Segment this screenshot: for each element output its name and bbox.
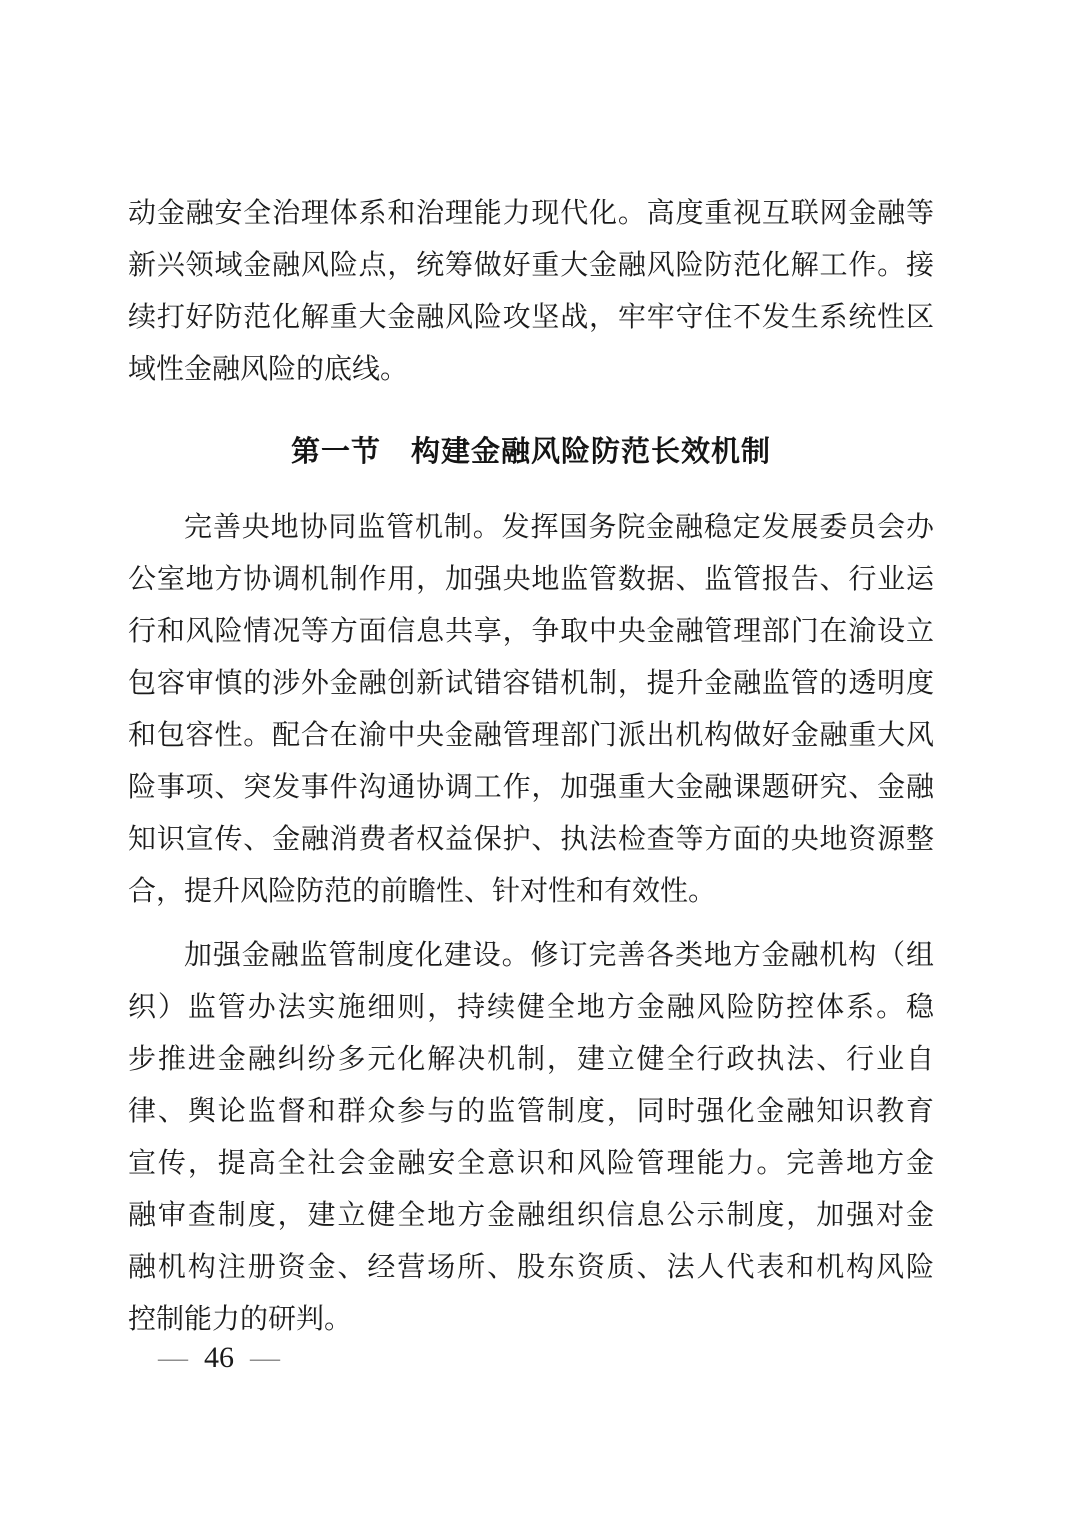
page-number-left-dash: —	[158, 1341, 188, 1374]
text-line: 续打好防范化解重大金融风险攻坚战，牢牢守住不发生系统性区	[128, 292, 934, 344]
text-line: 宣传，提高全社会金融安全意识和风险管理能力。完善地方金	[128, 1138, 934, 1190]
text-line: 知识宣传、金融消费者权益保护、执法检查等方面的央地资源整	[128, 814, 934, 866]
text-line: 织）监管办法实施细则，持续健全地方金融风险防控体系。稳	[128, 982, 934, 1034]
page-number-value: 46	[204, 1341, 234, 1374]
text-line: 域性金融风险的底线。	[128, 344, 934, 396]
paragraph-regulation-institutionalization: 加强金融监管制度化建设。修订完善各类地方金融机构（组织）监管办法实施细则，持续健…	[128, 930, 934, 1346]
text-line: 公室地方协调机制作用，加强央地监管数据、监管报告、行业运	[128, 554, 934, 606]
text-line: 动金融安全治理体系和治理能力现代化。高度重视互联网金融等	[128, 188, 934, 240]
text-block: 动金融安全治理体系和治理能力现代化。高度重视互联网金融等新兴领域金融风险点，统筹…	[128, 0, 934, 1346]
paragraph-continuation: 动金融安全治理体系和治理能力现代化。高度重视互联网金融等新兴领域金融风险点，统筹…	[128, 188, 934, 396]
text-line: 新兴领域金融风险点，统筹做好重大金融风险防范化解工作。接	[128, 240, 934, 292]
section-heading: 第一节 构建金融风险防范长效机制	[128, 430, 934, 474]
text-line: 步推进金融纠纷多元化解决机制，建立健全行政执法、行业自	[128, 1034, 934, 1086]
text-line: 行和风险情况等方面信息共享，争取中央金融管理部门在渝设立	[128, 606, 934, 658]
text-line: 合，提升风险防范的前瞻性、针对性和有效性。	[128, 866, 934, 918]
document-page: 动金融安全治理体系和治理能力现代化。高度重视互联网金融等新兴领域金融风险点，统筹…	[0, 0, 1074, 1520]
text-line: 融审查制度，建立健全地方金融组织信息公示制度，加强对金	[128, 1190, 934, 1242]
text-line: 和包容性。配合在渝中央金融管理部门派出机构做好金融重大风	[128, 710, 934, 762]
page-number: —46—	[158, 1340, 280, 1376]
text-line: 融机构注册资金、经营场所、股东资质、法人代表和机构风险	[128, 1242, 934, 1294]
text-line: 控制能力的研判。	[128, 1294, 934, 1346]
text-line: 包容审慎的涉外金融创新试错容错机制，提升金融监管的透明度	[128, 658, 934, 710]
text-line: 加强金融监管制度化建设。修订完善各类地方金融机构（组	[128, 930, 934, 982]
text-line: 完善央地协同监管机制。发挥国务院金融稳定发展委员会办	[128, 502, 934, 554]
page-number-right-dash: —	[250, 1341, 280, 1374]
paragraph-central-local-regulation: 完善央地协同监管机制。发挥国务院金融稳定发展委员会办公室地方协调机制作用，加强央…	[128, 502, 934, 918]
text-line: 律、舆论监督和群众参与的监管制度，同时强化金融知识教育	[128, 1086, 934, 1138]
text-line: 险事项、突发事件沟通协调工作，加强重大金融课题研究、金融	[128, 762, 934, 814]
